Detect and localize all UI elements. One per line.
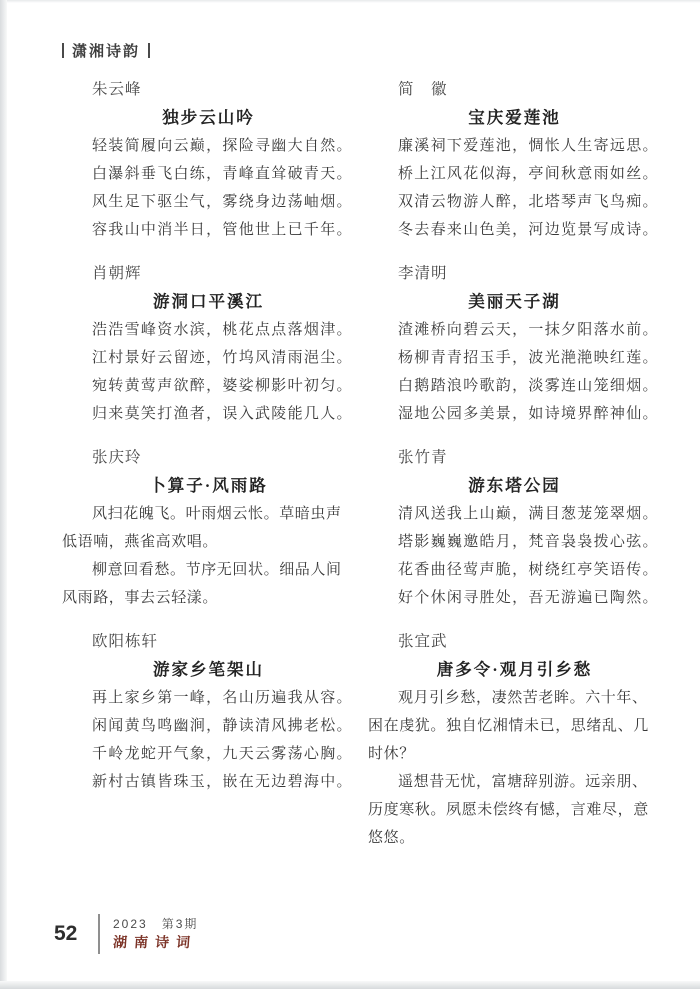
poem-line: 观月引乡愁，凄然苦老眸。六十年、困在虔犹。独自忆湘情未已，思绪乱、几时休？ <box>368 684 661 768</box>
poem-line: 归来莫笑打渔者，误入武陵能几人。 <box>62 400 355 428</box>
poem-line: 冬去春来山色美，河边览景写成诗。 <box>368 216 661 244</box>
poem-line: 千岭龙蛇开气象，九天云雾荡心胸。 <box>62 740 355 768</box>
poem-line: 双清云物游人醉，北塔琴声飞鸟痴。 <box>368 188 661 216</box>
poem-author: 欧阳栋轩 <box>62 628 355 656</box>
poem-title: 美丽天子湖 <box>368 288 661 316</box>
poem-line: 风生足下驱尘气，雾绕身边荡岫烟。 <box>62 188 355 216</box>
footer-divider <box>98 914 100 954</box>
poem-line: 轻装简履向云巅，探险寻幽大自然。 <box>62 132 355 160</box>
poem-line: 渣滩桥向碧云天，一抹夕阳落水前。 <box>368 316 661 344</box>
poem-line: 再上家乡第一峰，名山历遍我从容。 <box>62 684 355 712</box>
issue-label: 2023 第3期 <box>113 916 198 933</box>
poem-columns: 朱云峰独步云山吟轻装简履向云巅，探险寻幽大自然。白瀑斜垂飞白练，青峰直耸破青天。… <box>62 76 662 868</box>
poem-title: 唐多令·观月引乡愁 <box>368 656 661 684</box>
poem-line: 好个休闲寻胜处，吾无游遍已陶然。 <box>368 584 661 612</box>
poem-block: 张宜武唐多令·观月引乡愁观月引乡愁，凄然苦老眸。六十年、困在虔犹。独自忆湘情未已… <box>368 628 661 852</box>
scan-edge-bottom <box>0 981 700 989</box>
poem-line: 新村古镇皆珠玉，嵌在无边碧海中。 <box>62 768 355 796</box>
poem-line: 杨柳青青招玉手，波光滟滟映红莲。 <box>368 344 661 372</box>
poem-line: 花香曲径莺声脆，树绕红亭笑语传。 <box>368 556 661 584</box>
poem-title: 游东塔公园 <box>368 472 661 500</box>
poem-line: 湿地公园多美景，如诗境界醉神仙。 <box>368 400 661 428</box>
section-title: 潇湘诗韵 <box>72 40 140 61</box>
poem-line: 白瀑斜垂飞白练，青峰直耸破青天。 <box>62 160 355 188</box>
header-bar-left-icon <box>62 43 64 58</box>
poem-author: 朱云峰 <box>62 76 355 104</box>
poem-line: 遥想昔无忧，富塘辞别游。远亲朋、历度寒秋。夙愿未偿终有憾，言难尽，意悠悠。 <box>368 768 661 852</box>
section-header: 潇湘诗韵 <box>62 40 150 61</box>
poem-block: 张竹青游东塔公园清风送我上山巅，满目葱茏笼翠烟。塔影巍巍邀皓月，梵音袅袅拨心弦。… <box>368 444 661 612</box>
page-number: 52 <box>54 922 98 946</box>
poem-author: 张宜武 <box>368 628 661 656</box>
poem-author: 张庆玲 <box>62 444 355 472</box>
poem-author: 李清明 <box>368 260 661 288</box>
poem-line: 风扫花魄飞。叶雨烟云怅。草暗虫声低语喃，燕雀高欢唱。 <box>62 500 355 556</box>
poem-title: 独步云山吟 <box>62 104 355 132</box>
poem-line: 塔影巍巍邀皓月，梵音袅袅拨心弦。 <box>368 528 661 556</box>
scan-edge-left <box>0 0 7 989</box>
scan-edge-top <box>0 0 700 3</box>
footer-journal-info: 2023 第3期 湖南诗词 <box>113 916 198 953</box>
poem-line: 清风送我上山巅，满目葱茏笼翠烟。 <box>368 500 661 528</box>
journal-name: 湖南诗词 <box>112 933 199 953</box>
poem-line: 浩浩雪峰资水滨，桃花点点落烟津。 <box>62 316 355 344</box>
poem-line: 廉溪祠下爱莲池，惆怅人生寄远思。 <box>368 132 661 160</box>
poem-block: 简 徽宝庆爱莲池廉溪祠下爱莲池，惆怅人生寄远思。桥上江风花似海，亭间秋意雨如丝。… <box>368 76 661 244</box>
poem-author: 肖朝辉 <box>62 260 355 288</box>
poem-author: 简 徽 <box>368 76 661 104</box>
poem-block: 欧阳栋轩游家乡笔架山再上家乡第一峰，名山历遍我从容。闲闻黄鸟鸣幽涧，静读清风拂老… <box>62 628 355 796</box>
poem-column-left: 朱云峰独步云山吟轻装简履向云巅，探险寻幽大自然。白瀑斜垂飞白练，青峰直耸破青天。… <box>62 76 355 868</box>
poem-line: 江村景好云留迹，竹坞风清雨浥尘。 <box>62 344 355 372</box>
poem-block: 李清明美丽天子湖渣滩桥向碧云天，一抹夕阳落水前。杨柳青青招玉手，波光滟滟映红莲。… <box>368 260 661 428</box>
poem-block: 张庆玲卜算子·风雨路风扫花魄飞。叶雨烟云怅。草暗虫声低语喃，燕雀高欢唱。柳意回看… <box>62 444 355 612</box>
header-bar-right-icon <box>148 43 150 58</box>
poem-block: 肖朝辉游洞口平溪江浩浩雪峰资水滨，桃花点点落烟津。江村景好云留迹，竹坞风清雨浥尘… <box>62 260 355 428</box>
poem-title: 游家乡笔架山 <box>62 656 355 684</box>
poem-block: 朱云峰独步云山吟轻装简履向云巅，探险寻幽大自然。白瀑斜垂飞白练，青峰直耸破青天。… <box>62 76 355 244</box>
poem-line: 桥上江风花似海，亭间秋意雨如丝。 <box>368 160 661 188</box>
poem-title: 卜算子·风雨路 <box>62 472 355 500</box>
poem-title: 宝庆爱莲池 <box>368 104 661 132</box>
poem-title: 游洞口平溪江 <box>62 288 355 316</box>
poem-line: 容我山中消半日，管他世上已千年。 <box>62 216 355 244</box>
poem-author: 张竹青 <box>368 444 661 472</box>
poem-line: 柳意回看愁。节序无回状。细品人间风雨路，事去云轻漾。 <box>62 556 355 612</box>
poem-line: 闲闻黄鸟鸣幽涧，静读清风拂老松。 <box>62 712 355 740</box>
poem-column-right: 简 徽宝庆爱莲池廉溪祠下爱莲池，惆怅人生寄远思。桥上江风花似海，亭间秋意雨如丝。… <box>368 76 661 868</box>
poem-line: 宛转黄莺声欲醉，婆娑柳影叶初匀。 <box>62 372 355 400</box>
poem-line: 白鹅踏浪吟歌韵，淡雾连山笼细烟。 <box>368 372 661 400</box>
page-footer: 52 2023 第3期 湖南诗词 <box>54 914 198 954</box>
